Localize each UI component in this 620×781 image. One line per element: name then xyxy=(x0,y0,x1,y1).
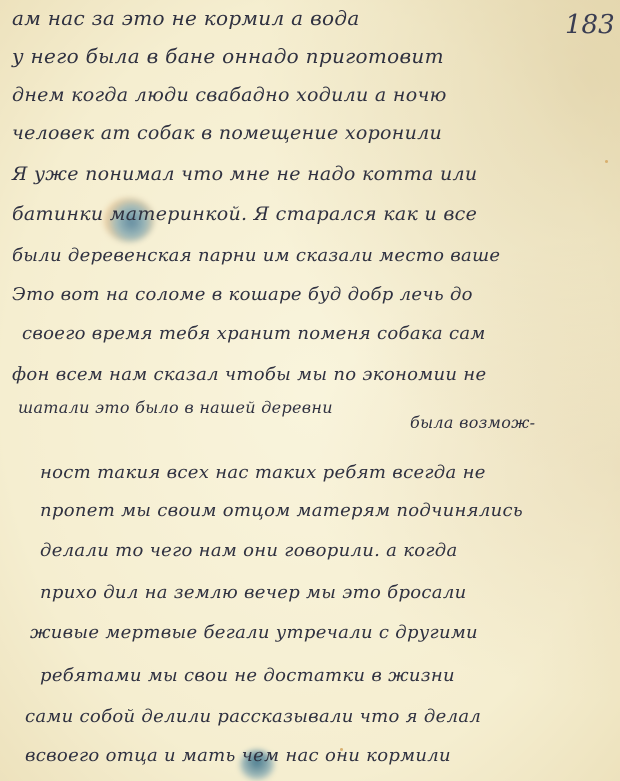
text-line: живые мертвые бегали утречали с другими xyxy=(30,622,478,643)
text-line: своего время тебя хранит поменя собака с… xyxy=(22,323,486,344)
text-line: сами собой делили рассказывали что я дел… xyxy=(25,706,481,727)
text-line: батинки материнкой. Я старался как и все xyxy=(12,203,477,225)
text-line: фон всем нам сказал чтобы мы по экономии… xyxy=(12,364,486,385)
text-line: днем когда люди свабадно ходили а ночю xyxy=(12,84,447,106)
text-line: ребятами мы свои не достатки в жизни xyxy=(40,665,455,686)
text-line: шатали это было в нашей деревни xyxy=(18,398,333,417)
text-line: ам нас за это не кормил а вода xyxy=(12,6,360,30)
page-number: 183 xyxy=(565,10,615,40)
text-line: была возмож- xyxy=(410,413,535,432)
text-line: прихо дил на землю вечер мы это бросали xyxy=(40,582,466,603)
text-line: человек ат собак в помещение хоронили xyxy=(12,122,442,144)
text-line: всвоего отца и мать чем нас они кормили xyxy=(25,745,451,766)
text-line: ност такия всех нас таких ребят всегда н… xyxy=(40,462,486,483)
text-line: Я уже понимал что мне не надо котта или xyxy=(12,163,477,185)
text-line: у него была в бане оннадо приготовит xyxy=(12,44,444,68)
text-line: Это вот на соломе в кошаре буд добр лечь… xyxy=(12,284,473,305)
manuscript-page: 183 ам нас за это не кормил а вода у нег… xyxy=(0,0,620,781)
paper-speck xyxy=(605,160,608,163)
text-line: пропет мы своим отцом матерям подчинялис… xyxy=(40,500,523,521)
text-line: делали то чего нам они говорили. а когда xyxy=(40,540,458,561)
text-line: были деревенская парни им сказали место … xyxy=(12,245,500,266)
